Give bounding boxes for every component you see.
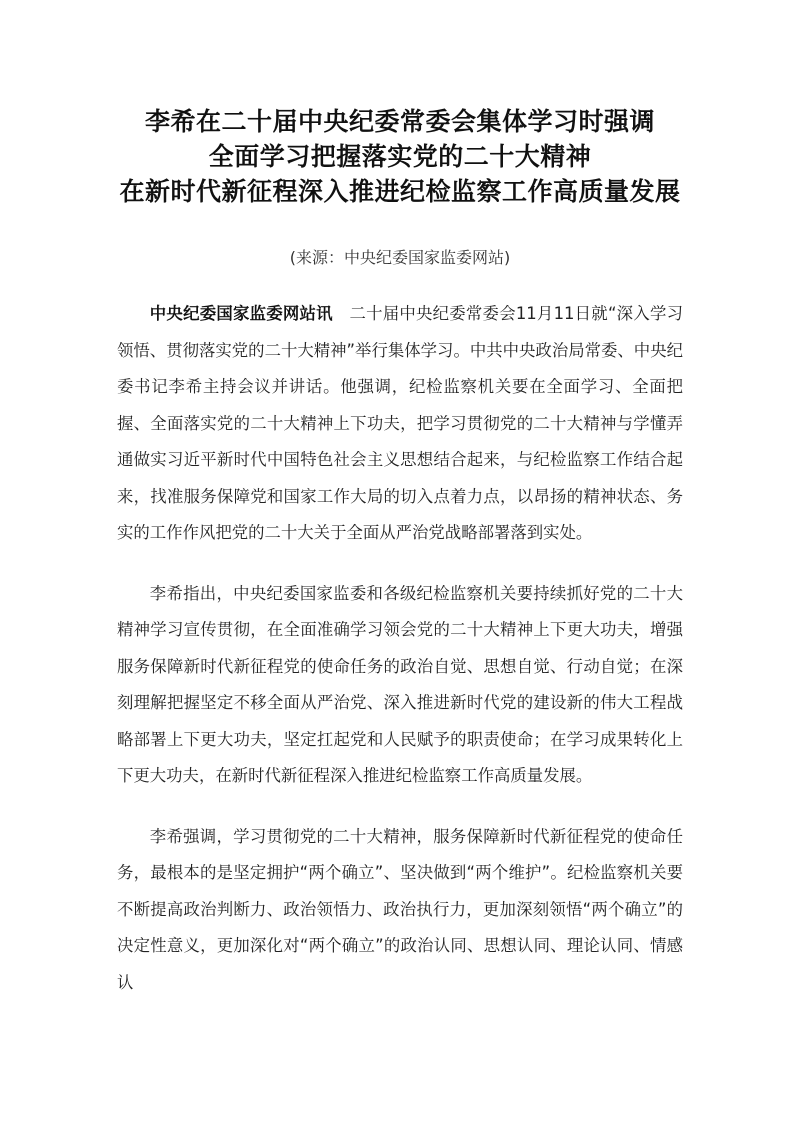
- paragraph-1: 中央纪委国家监委网站讯 二十届中央纪委常委会11月11日就“深入学习领悟、贯彻落…: [117, 296, 683, 552]
- title-line-3: 在新时代新征程深入推进纪检监察工作高质量发展: [0, 174, 800, 209]
- title-line-1: 李希在二十届中央纪委常委会集体学习时强调: [0, 104, 800, 139]
- document-page: 李希在二十届中央纪委常委会集体学习时强调 全面学习把握落实党的二十大精神 在新时…: [0, 0, 800, 1131]
- dateline: 中央纪委国家监委网站讯: [150, 304, 333, 323]
- paragraph-2: 李希指出，中央纪委国家监委和各级纪检监察机关要持续抓好党的二十大精神学习宣传贯彻…: [117, 576, 683, 795]
- article-source: (来源：中央纪委国家监委网站): [0, 245, 800, 271]
- paragraph-3: 李希强调，学习贯彻党的二十大精神，服务保障新时代新征程党的使命任务，最根本的是坚…: [117, 819, 683, 1002]
- paragraph-1-text: 二十届中央纪委常委会11月11日就“深入学习领悟、贯彻落实党的二十大精神”举行集…: [117, 304, 683, 542]
- article-body: 中央纪委国家监委网站讯 二十届中央纪委常委会11月11日就“深入学习领悟、贯彻落…: [117, 296, 683, 1025]
- title-line-2: 全面学习把握落实党的二十大精神: [0, 139, 800, 174]
- article-title: 李希在二十届中央纪委常委会集体学习时强调 全面学习把握落实党的二十大精神 在新时…: [0, 104, 800, 209]
